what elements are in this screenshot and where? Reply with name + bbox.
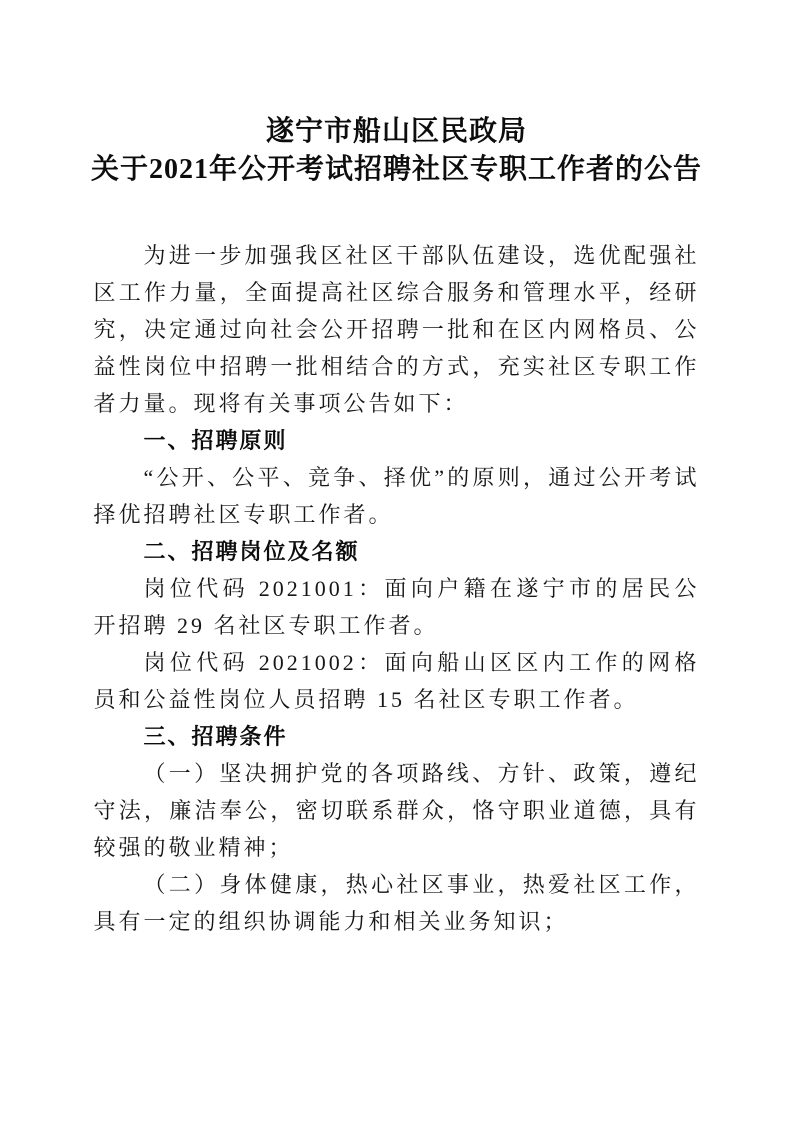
section-3-heading: 三、招聘条件 bbox=[94, 718, 700, 755]
position-2021001-paragraph: 岗位代码 2021001：面向户籍在遂宁市的居民公开招聘 29 名社区专职工作者… bbox=[94, 570, 700, 644]
document-page: 遂宁市船山区民政局 关于2021年公开考试招聘社区专职工作者的公告 为进一步加强… bbox=[0, 0, 793, 1122]
title-line-1: 遂宁市船山区民政局 bbox=[0, 113, 793, 151]
intro-paragraph: 为进一步加强我区社区干部队伍建设，选优配强社区工作力量，全面提高社区综合服务和管… bbox=[94, 237, 700, 422]
condition-2-paragraph: （二）身体健康，热心社区事业，热爱社区工作，具有一定的组织协调能力和相关业务知识… bbox=[94, 866, 700, 940]
document-title: 遂宁市船山区民政局 关于2021年公开考试招聘社区专职工作者的公告 bbox=[0, 113, 793, 189]
title-line-2: 关于2021年公开考试招聘社区专职工作者的公告 bbox=[0, 151, 793, 189]
position-2021002-paragraph: 岗位代码 2021002：面向船山区区内工作的网格员和公益性岗位人员招聘 15 … bbox=[94, 644, 700, 718]
section-1-paragraph: “公开、公平、竞争、择优”的原则，通过公开考试择优招聘社区专职工作者。 bbox=[94, 459, 700, 533]
document-body: 为进一步加强我区社区干部队伍建设，选优配强社区工作力量，全面提高社区综合服务和管… bbox=[94, 237, 700, 940]
section-2-heading: 二、招聘岗位及名额 bbox=[94, 533, 700, 570]
section-1-heading: 一、招聘原则 bbox=[94, 422, 700, 459]
condition-1-paragraph: （一）坚决拥护党的各项路线、方针、政策，遵纪守法，廉洁奉公，密切联系群众，恪守职… bbox=[94, 755, 700, 866]
